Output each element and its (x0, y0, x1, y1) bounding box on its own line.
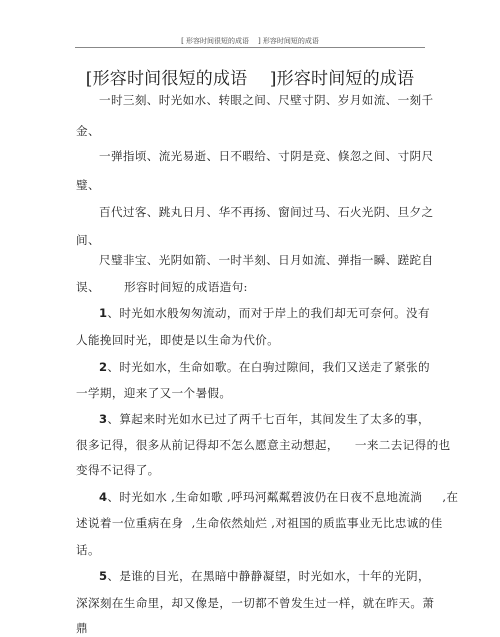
paragraph-line: 璧、 (76, 178, 100, 192)
line-text: 鼎 (76, 621, 88, 635)
paragraph-line: 一时三刻、时光如水、转眼之间、尺壁寸阴、岁月如流、一刻千 (99, 93, 433, 107)
running-header: [ 形容时间很短的成语 ] 形容时间短的成语 (0, 36, 500, 46)
line-text: 一弹指顷、流光易逝、日不暇给、寸阴是竞、倏忽之间、寸阴尺 (99, 149, 433, 163)
line-text: 误、 形容时间短的成语造句: (76, 280, 248, 294)
paragraph-line: 5、是谁的目光，在黑暗中静静凝望，时光如水，十年的光阴， (99, 569, 430, 583)
paragraph-line: 百代过客、跳丸日月、华不再扬、窗间过马、石火光阴、旦夕之 (99, 205, 433, 219)
paragraph-line: 一学期，迎来了又一个暑假。 (76, 386, 231, 400)
line-text: 、算起来时光如水已过了两千七百年，其间发生了太多的事， (107, 412, 429, 426)
paragraph-line: 误、 形容时间短的成语造句: (76, 280, 248, 294)
line-text: 、时光如水 ,生命如歌 ,呼玛河粼粼碧波仍在日夜不息地流淌 ,在 (107, 490, 458, 504)
paragraph-line: 尺璧非宝、光阴如箭、一时半刻、日月如流、弹指一瞬、蹉跎自 (99, 253, 433, 267)
line-text: 璧、 (76, 178, 100, 192)
line-text: 话。 (76, 543, 100, 557)
paragraph-line: 话。 (76, 543, 100, 557)
page-title: [形容时间很短的成语 ]形容时间短的成语 (0, 64, 500, 89)
line-text: 人能挽回时光，即使是以生命为代价。 (76, 333, 279, 347)
line-text: 一时三刻、时光如水、转眼之间、尺壁寸阴、岁月如流、一刻千 (99, 93, 433, 107)
paragraph-line: 间、 (76, 233, 100, 247)
line-text: 述说着一位重病在身 ,生命依然灿烂 ,对祖国的质监事业无比忠诚的佳 (76, 516, 443, 530)
paragraph-line: 人能挽回时光，即使是以生命为代价。 (76, 333, 279, 347)
line-text: 间、 (76, 233, 100, 247)
paragraph-line: 4、时光如水 ,生命如歌 ,呼玛河粼粼碧波仍在日夜不息地流淌 ,在 (99, 490, 458, 504)
line-text: 变得不记得了。 (76, 463, 160, 477)
line-text: 百代过客、跳丸日月、华不再扬、窗间过马、石火光阴、旦夕之 (99, 205, 433, 219)
line-text: 尺璧非宝、光阴如箭、一时半刻、日月如流、弹指一瞬、蹉跎自 (99, 253, 433, 267)
paragraph-line: 1、时光如水般匆匆流动，而对于岸上的我们却无可奈何。没有 (99, 306, 430, 320)
paragraph-line: 很多记得，很多从前记得却不怎么愿意主动想起， 一来二去记得的也 (76, 438, 450, 452)
line-text: 、时光如水，生命如歌。在白驹过隙间，我们又送走了紧张的 (107, 360, 429, 374)
line-text: 金、 (76, 124, 100, 138)
paragraph-line: 金、 (76, 124, 100, 138)
paragraph-line: 2、时光如水，生命如歌。在白驹过隙间，我们又送走了紧张的 (99, 360, 430, 374)
paragraph-line: 3、算起来时光如水已过了两千七百年，其间发生了太多的事， (99, 412, 430, 426)
line-text: 很多记得，很多从前记得却不怎么愿意主动想起， 一来二去记得的也 (76, 438, 450, 452)
line-text: 、时光如水般匆匆流动，而对于岸上的我们却无可奈何。没有 (107, 306, 429, 320)
line-text: 一学期，迎来了又一个暑假。 (76, 386, 231, 400)
paragraph-line: 变得不记得了。 (76, 463, 160, 477)
line-text: 深深刻在生命里，却又像是，一切都不曾发生过一样，就在昨天。萧 (76, 596, 434, 610)
paragraph-line: 深深刻在生命里，却又像是，一切都不曾发生过一样，就在昨天。萧 (76, 596, 434, 610)
paragraph-line: 鼎 (76, 621, 88, 635)
paragraph-line: 述说着一位重病在身 ,生命依然灿烂 ,对祖国的质监事业无比忠诚的佳 (76, 516, 443, 530)
header-divider (75, 47, 425, 48)
paragraph-line: 一弹指顷、流光易逝、日不暇给、寸阴是竞、倏忽之间、寸阴尺 (99, 149, 433, 163)
line-text: 、是谁的目光，在黑暗中静静凝望，时光如水，十年的光阴， (107, 569, 429, 583)
